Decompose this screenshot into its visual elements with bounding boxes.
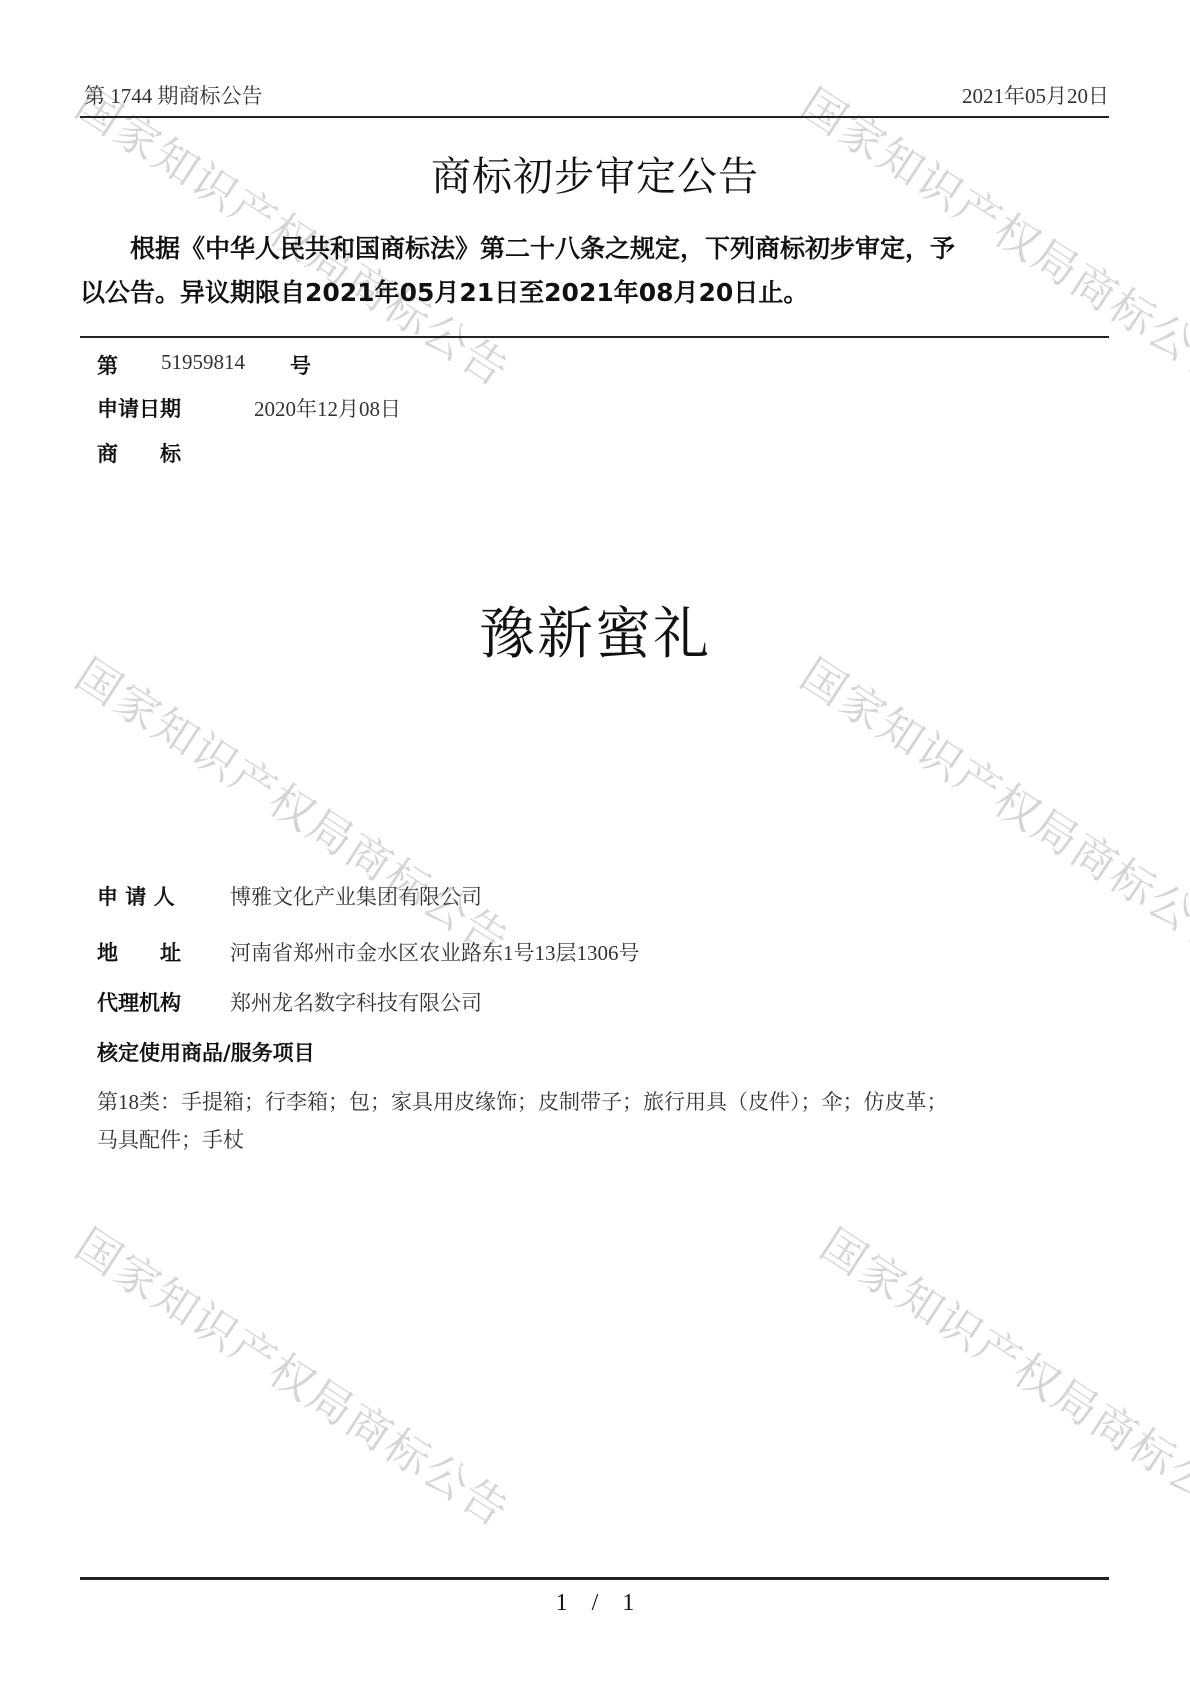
watermark: 国家知识产权局商标公告: [65, 1210, 524, 1539]
page-number: 1 / 1: [0, 1590, 1190, 1617]
number-prefix: 第: [97, 350, 118, 380]
watermark: 国家知识产权局商标公告: [65, 640, 524, 969]
applicant-name: 博雅文化产业集团有限公司: [230, 881, 482, 911]
trademark-text: 豫新蜜礼: [0, 590, 1190, 670]
footer-rule: [80, 1577, 1109, 1580]
issue-number: 第 1744 期商标公告: [84, 80, 263, 110]
applicant-label: 申 请 人: [97, 881, 175, 911]
goods-label: 核定使用商品/服务项目: [97, 1037, 315, 1067]
watermark: 国家知识产权局商标公告: [810, 1210, 1190, 1539]
intro-line-2: 以公告。异议期限自2021年05月21日至2021年08月20日止。: [80, 273, 808, 309]
page-title: 商标初步审定公告: [0, 145, 1190, 202]
header-rule: [80, 116, 1109, 118]
filing-date: 2020年12月08日: [254, 393, 401, 423]
address-value: 河南省郑州市金水区农业路东1号13层1306号: [230, 937, 640, 967]
agent-label: 代理机构: [97, 987, 181, 1017]
number-suffix: 号: [290, 350, 311, 380]
application-number: 51959814: [161, 350, 245, 375]
watermark: 国家知识产权局商标公告: [790, 640, 1190, 969]
issue-date: 2021年05月20日: [962, 80, 1109, 110]
intro-line-1: 根据《中华人民共和国商标法》第二十八条之规定，下列商标初步审定，予: [130, 229, 955, 265]
address-label: 地 址: [97, 937, 181, 967]
goods-line-2: 马具配件；手杖: [97, 1124, 244, 1154]
agent-name: 郑州龙名数字科技有限公司: [230, 987, 482, 1017]
filing-date-label: 申请日期: [97, 393, 181, 423]
trademark-label: 商 标: [97, 438, 181, 468]
goods-line-1: 第18类：手提箱；行李箱；包；家具用皮缘饰；皮制带子；旅行用具（皮件）；伞；仿皮…: [97, 1086, 948, 1116]
section-rule: [80, 336, 1109, 338]
